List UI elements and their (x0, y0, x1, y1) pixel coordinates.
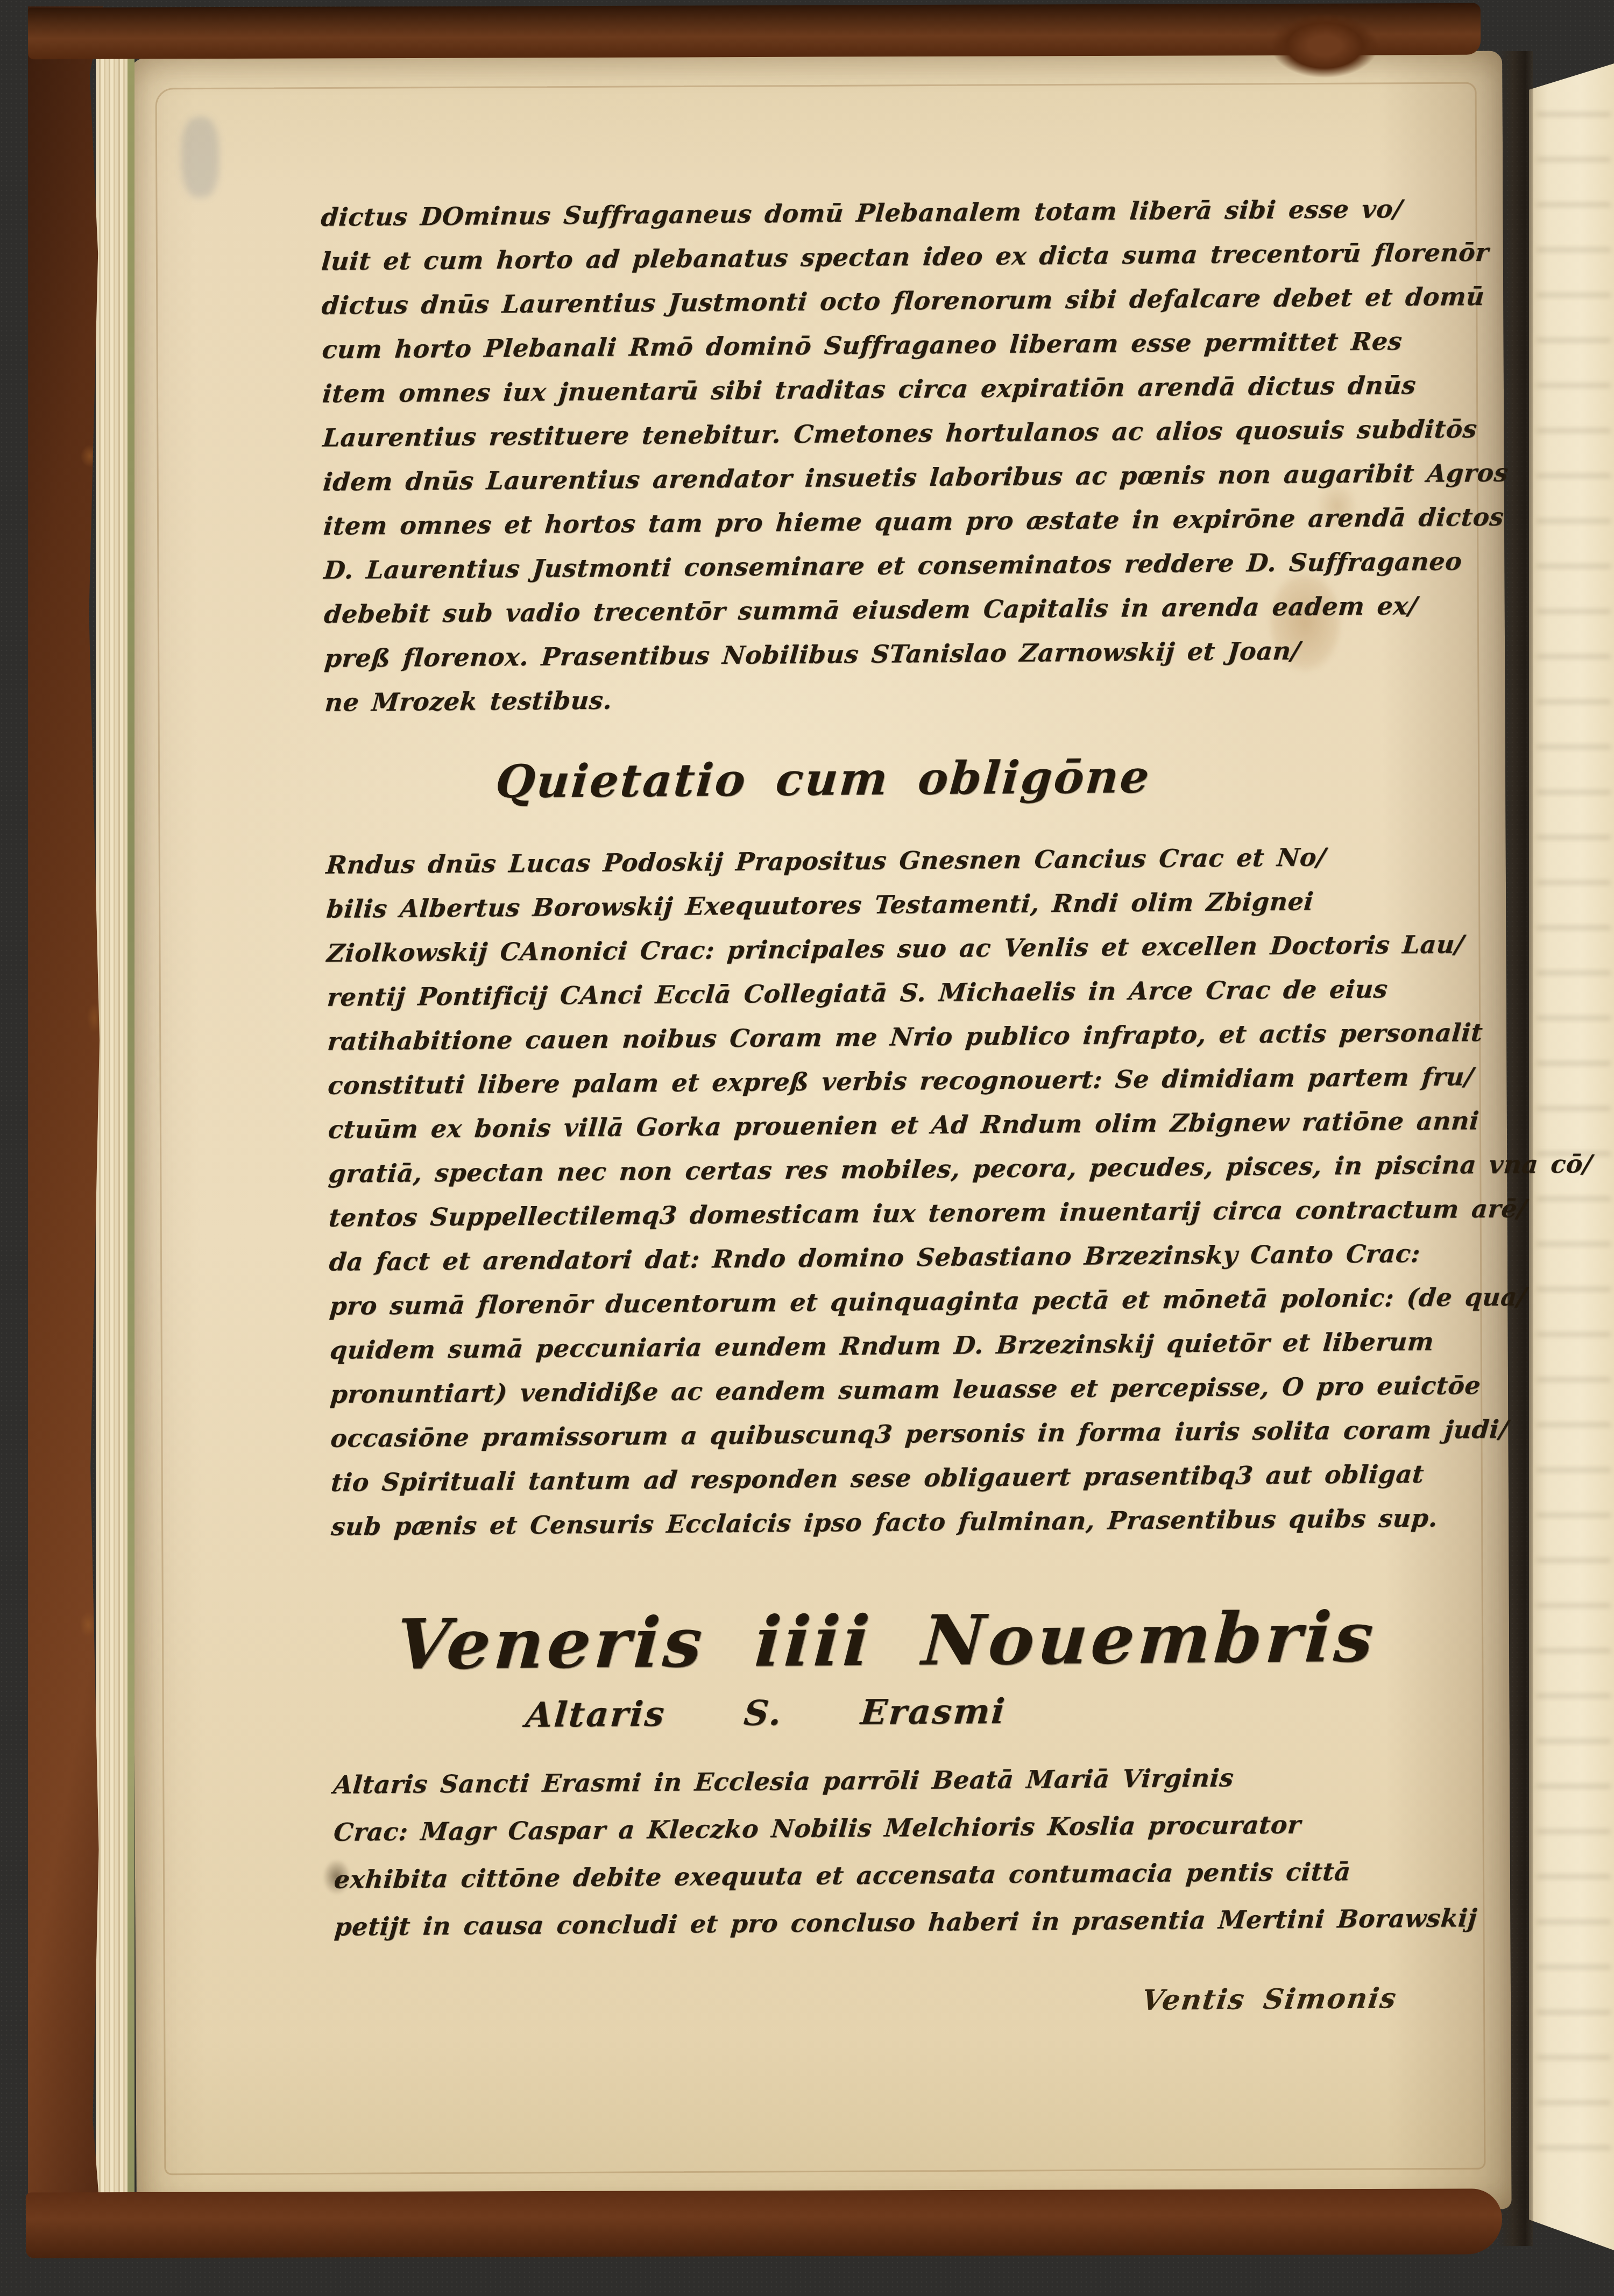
page-edge-stack (96, 52, 133, 2199)
book-cover-leather-bottom (26, 2188, 1502, 2258)
heading-date-veneris: Veneris iiii Nouembris (298, 1596, 1475, 1686)
ink-bleedthrough-mark (181, 117, 220, 197)
text-line: ne Mrozek testibus. (323, 671, 1499, 725)
manuscript-text: dictus DOminus Suffraganeus domū Plebana… (321, 186, 1508, 2026)
facing-page-ghost-text (1537, 112, 1611, 2186)
heading-altaris-erasmi: Altaris S. Erasmi (178, 1684, 1354, 1743)
paragraph-quietatio: Rndus dnūs Lucas Podoskij Prapositus Gne… (326, 834, 1504, 1549)
paragraph-altaris: Altaris Sancti Erasmi in Ecclesia parrōl… (333, 1752, 1507, 1951)
text-line: Altaris Sancti Erasmi in Ecclesia parrōl… (331, 1752, 1508, 1809)
notary-signature: Ventis Simonis (1139, 1979, 1510, 2019)
book-cover-leather-left (28, 6, 103, 2254)
photo-background: dictus DOminus Suffraganeus domū Plebana… (0, 0, 1614, 2296)
fore-edge-green-band (128, 52, 134, 2199)
book-cover-leather-top (28, 3, 1481, 59)
leather-corner-piece (1271, 13, 1378, 78)
text-line: Crac: Magr Caspar a Kleczko Nobilis Melc… (332, 1799, 1509, 1856)
text-line: sub pænis et Censuris Ecclaicis ipso fac… (330, 1496, 1506, 1549)
paragraph-arenda: dictus DOminus Suffraganeus domū Plebana… (321, 186, 1498, 725)
heading-quietatio: Quietatio cum obligōne (234, 743, 1412, 816)
manuscript-page: dictus DOminus Suffraganeus domū Plebana… (127, 51, 1511, 2215)
text-line: petijt in causa concludi et pro concluso… (332, 1894, 1509, 1951)
text-line: exhibita cittōne debite exequuta et acce… (332, 1847, 1509, 1903)
